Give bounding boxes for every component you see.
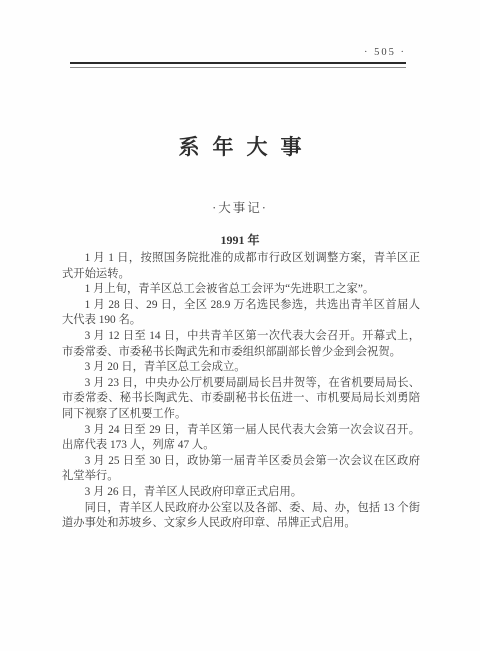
body-text: 1 月 1 日，按照国务院批准的成都市行政区划调整方案，青羊区正式开始运转。 1… — [62, 251, 420, 532]
paragraph: 3 月 20 日，青羊区总工会成立。 — [62, 360, 420, 376]
chapter-title: 系年大事 — [0, 131, 480, 161]
book-page: · 505 · 系年大事 ·大事记· 1991 年 1 月 1 日，按照国务院批… — [0, 0, 480, 651]
paragraph: 1 月上旬，青羊区总工会被省总工会评为“先进职工之家”。 — [62, 282, 420, 298]
paragraph: 1 月 28 日、29 日，全区 28.9 万名选民参选，共选出青羊区首届人大代… — [62, 298, 420, 329]
paragraph: 同日，青羊区人民政府办公室以及各部、委、局、办，包括 13 个街道办事处和苏坡乡… — [62, 501, 420, 532]
header-rule — [70, 62, 406, 68]
paragraph: 1 月 1 日，按照国务院批准的成都市行政区划调整方案，青羊区正式开始运转。 — [62, 251, 420, 282]
year-heading: 1991 年 — [0, 231, 480, 248]
section-subtitle: ·大事记· — [0, 198, 480, 216]
paragraph: 3 月 23 日，中央办公厅机要局副局长吕井贺等，在省机要局局长、市委常委、秘书… — [62, 376, 420, 423]
paragraph: 3 月 24 日至 29 日，青羊区第一届人民代表大会第一次会议召开。出席代表 … — [62, 423, 420, 454]
page-number: · 505 · — [70, 47, 406, 58]
paragraph: 3 月 25 日至 30 日，政协第一届青羊区委员会第一次会议在区政府礼堂举行。 — [62, 454, 420, 485]
paragraph: 3 月 12 日至 14 日，中共青羊区第一次代表大会召开。开幕式上，市委常委、… — [62, 329, 420, 360]
paragraph: 3 月 26 日，青羊区人民政府印章正式启用。 — [62, 485, 420, 501]
